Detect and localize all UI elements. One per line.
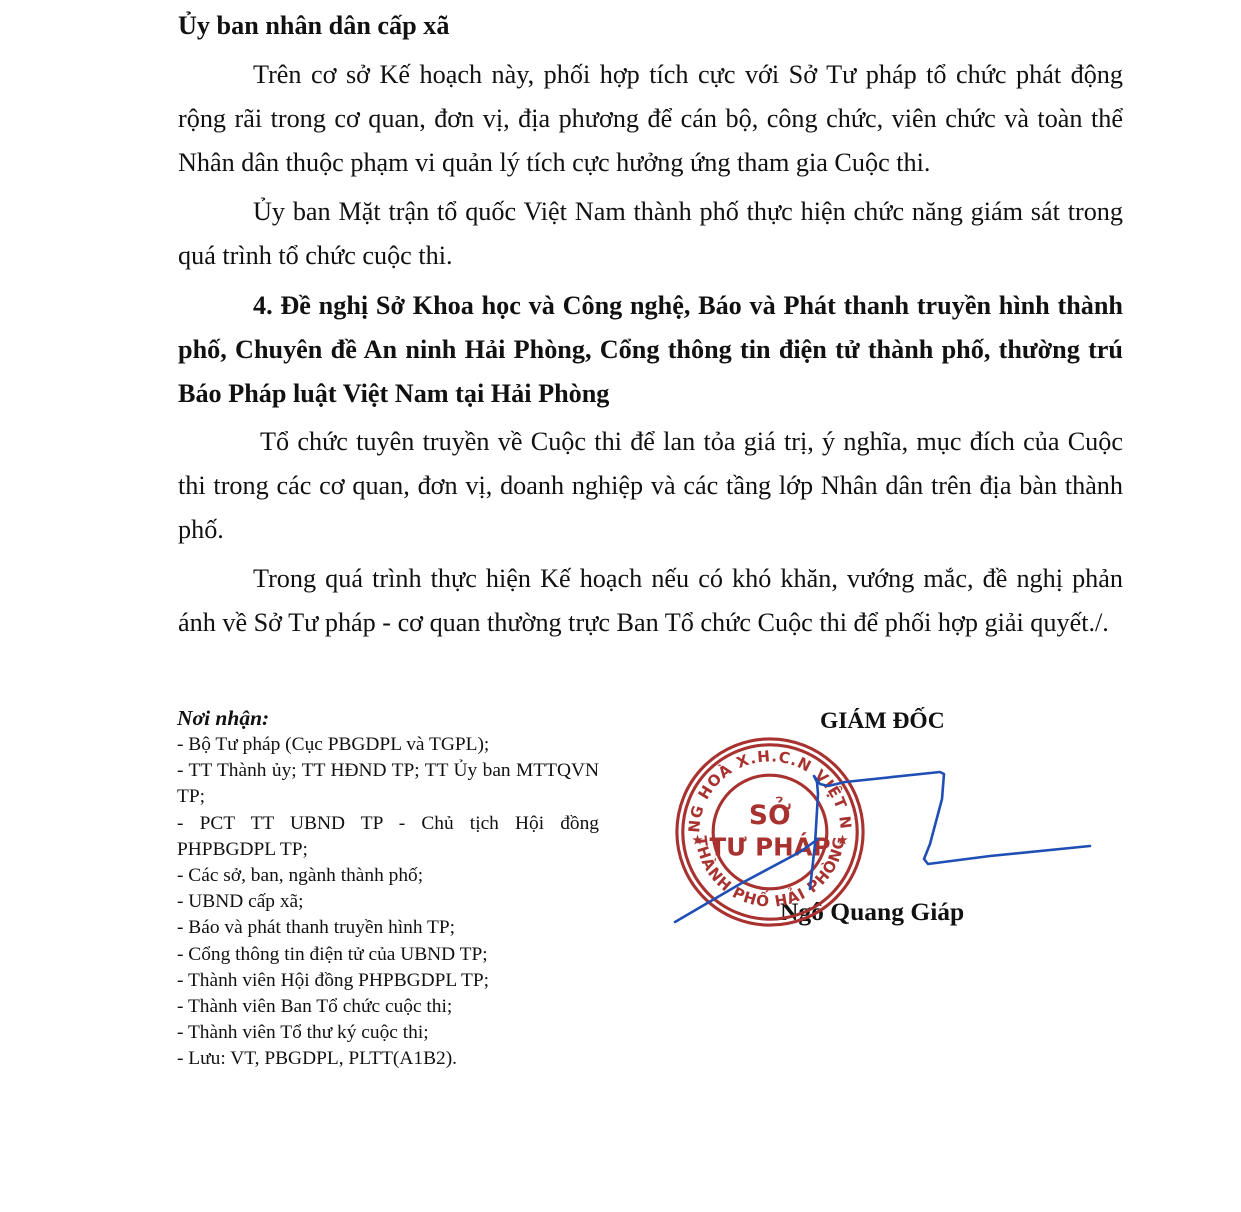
- signature-block: GIÁM ĐỐC CỘNG HOÀ X.H.C.N VIỆT NAM THÀNH…: [660, 704, 1110, 944]
- section-4-heading: 4. Đề nghị Sở Khoa học và Công nghệ, Báo…: [178, 284, 1123, 416]
- recipients-block: Nơi nhận: - Bộ Tư pháp (Cục PBGDPL và TG…: [177, 704, 599, 1073]
- paragraph: Tổ chức tuyên truyền về Cuộc thi để lan …: [178, 420, 1123, 552]
- recipient-item: - UBND cấp xã;: [177, 889, 599, 915]
- recipient-item: - TT Thành ủy; TT HĐND TP; TT Ủy ban MTT…: [177, 758, 599, 810]
- recipient-item: - Các sở, ban, ngành thành phố;: [177, 863, 599, 889]
- document-page: Ủy ban nhân dân cấp xã Trên cơ sở Kế hoạ…: [0, 0, 1241, 1212]
- recipient-item: - Thành viên Ban Tổ chức cuộc thi;: [177, 994, 599, 1020]
- recipient-item: - PCT TT UBND TP - Chủ tịch Hội đồng PHP…: [177, 811, 599, 863]
- recipient-item: - Thành viên Hội đồng PHPBGDPL TP;: [177, 968, 599, 994]
- recipient-item: - Thành viên Tổ thư ký cuộc thi;: [177, 1020, 599, 1046]
- document-body: Ủy ban nhân dân cấp xã Trên cơ sở Kế hoạ…: [178, 4, 1123, 645]
- handwritten-signature-icon: [660, 704, 1110, 944]
- subheading-commune-committee: Ủy ban nhân dân cấp xã: [178, 4, 1123, 48]
- recipient-item: - Báo và phát thanh truyền hình TP;: [177, 915, 599, 941]
- recipient-item: - Bộ Tư pháp (Cục PBGDPL và TGPL);: [177, 732, 599, 758]
- paragraph: Trong quá trình thực hiện Kế hoạch nếu c…: [178, 557, 1123, 645]
- recipient-item: - Cổng thông tin điện tử của UBND TP;: [177, 942, 599, 968]
- recipients-title: Nơi nhận:: [177, 704, 599, 732]
- recipient-item: - Lưu: VT, PBGDPL, PLTT(A1B2).: [177, 1046, 599, 1072]
- paragraph: Ủy ban Mặt trận tổ quốc Việt Nam thành p…: [178, 190, 1123, 278]
- paragraph: Trên cơ sở Kế hoạch này, phối hợp tích c…: [178, 53, 1123, 185]
